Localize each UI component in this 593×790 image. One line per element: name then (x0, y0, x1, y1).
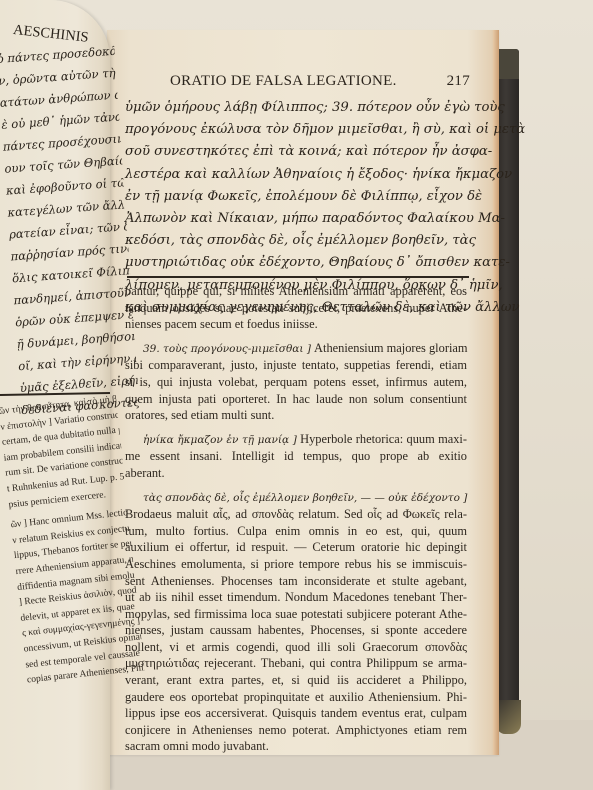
note-line: Brodaeus maluit αἷς, ad σπονδὰς relatum.… (125, 506, 467, 523)
note-line: lippus ipse eos accersiverat. Quisquis t… (125, 705, 467, 722)
note-line: τὰς σπονδὰς δὲ, οἷς ἐμέλλομεν βοηθεῖν, —… (125, 489, 467, 507)
cover-corner-bottom (497, 700, 521, 734)
running-head-title: ORATIO DE FALSA LEGATIONE. (170, 73, 397, 90)
note-line: nollent, vi et armis cogendi, quod illi … (125, 639, 467, 656)
note-line: si is, qui injusta volebat, perquam pote… (125, 374, 467, 391)
text-line: ὑμῶν ὁμήρους λάβῃ Φίλιππος; 39. πότερον … (125, 97, 465, 119)
note-line: nienses pacem secum et foedus iniisse. (125, 316, 467, 333)
note-line: sacram omni modo juvabant. (125, 738, 467, 755)
note-line: Aeschines emolumenta, si priore tempore … (125, 556, 467, 573)
note-line: ut ab iis nihil esset timendum. Nondum M… (125, 589, 467, 606)
page-edge (493, 30, 499, 755)
note-lemma: ἡνίκα ἤκμαζον ἐν τῇ μανίᾳ ] (143, 434, 297, 446)
note-line: 39. τοὺς προγόνους-μιμεῖσθαι ] Atheniens… (125, 340, 467, 358)
text-line: σοῦ συνεστηκότες ἐπὶ τὰ κοινά; καὶ πότερ… (125, 141, 465, 163)
page-number: 217 (447, 73, 470, 90)
left-page: AESCHINIS ὁ πάντες προσεδοκᾶτε Φίλιππ ν,… (0, 0, 110, 790)
note-lemma: 39. τοὺς προγόνους-μιμεῖσθαι ] (143, 343, 311, 355)
note-line: verant, erant extra partes, et, si quid … (125, 672, 467, 689)
note-line: nienses, justam caussam habentes, Phocen… (125, 622, 467, 639)
note-line: oratores, sed etiam multi sunt. (125, 407, 467, 424)
note-line: bantur, quippe qui, si milites Atheniens… (125, 283, 467, 300)
text-line: μυστηριώτιδας οὐκ ἐδέχοντο, Θηβαίους δ᾽ … (125, 252, 465, 274)
text-line: Ἀλπωνὸν καὶ Νίκαιαν, μήπω παραδόντος Φαλ… (125, 208, 465, 230)
note-line: conjicere in Athenienses nemo poterat. A… (125, 722, 467, 739)
text-line: ἐν τῇ μανίᾳ Φωκεῖς, ἐπολέμουν δὲ Φιλίππῳ… (125, 186, 465, 208)
note-line: μυστηριώτιδας rejecerant. Thebani, qui c… (125, 655, 467, 672)
note-line: auxilium ei offertur, id respuit. — Cete… (125, 539, 467, 556)
note-line: quem injusta pati oporteret. In hac laud… (125, 391, 467, 408)
note-line: mopylas, sed firmissima loca suae potest… (125, 606, 467, 623)
text-line: λεστέρα καὶ καλλίων Ἀθηναίοις ἡ ἔξοδος· … (125, 164, 465, 186)
cover-corner-top (497, 49, 519, 79)
note-line: sibi comparaverant, justo, injuste tenta… (125, 357, 467, 374)
book-cover (497, 49, 519, 731)
note-line: sent Athenienses. Phocenses tam inconsid… (125, 573, 467, 590)
text-line: κεδόσι, τὰς σπονδὰς δὲ, οἷς ἐμέλλομεν βο… (125, 230, 465, 252)
note-line: tum, multo fortius. Culpa enim omnis in … (125, 523, 467, 540)
text-line: προγόνους ἐκώλυσα τὸν δῆμον μιμεῖσθαι, ἢ… (125, 119, 465, 141)
note-lemma: τὰς σπονδὰς δὲ, οἷς ἐμέλλομεν βοηθεῖν, —… (143, 492, 467, 504)
note-line: me essent insani. Intelligit id tempus, … (125, 448, 467, 465)
note-line: tanquam obsides suae potestati subjicere… (125, 300, 467, 317)
note-line: aberant. (125, 465, 467, 482)
latin-commentary: bantur, quippe qui, si milites Atheniens… (125, 283, 467, 755)
footnote-rule (127, 276, 469, 278)
note-line: ἡνίκα ἤκμαζον ἐν τῇ μανίᾳ ] Hyperbole rh… (125, 431, 467, 449)
note-line: gaudere eos oportebat propinquitate et a… (125, 689, 467, 706)
